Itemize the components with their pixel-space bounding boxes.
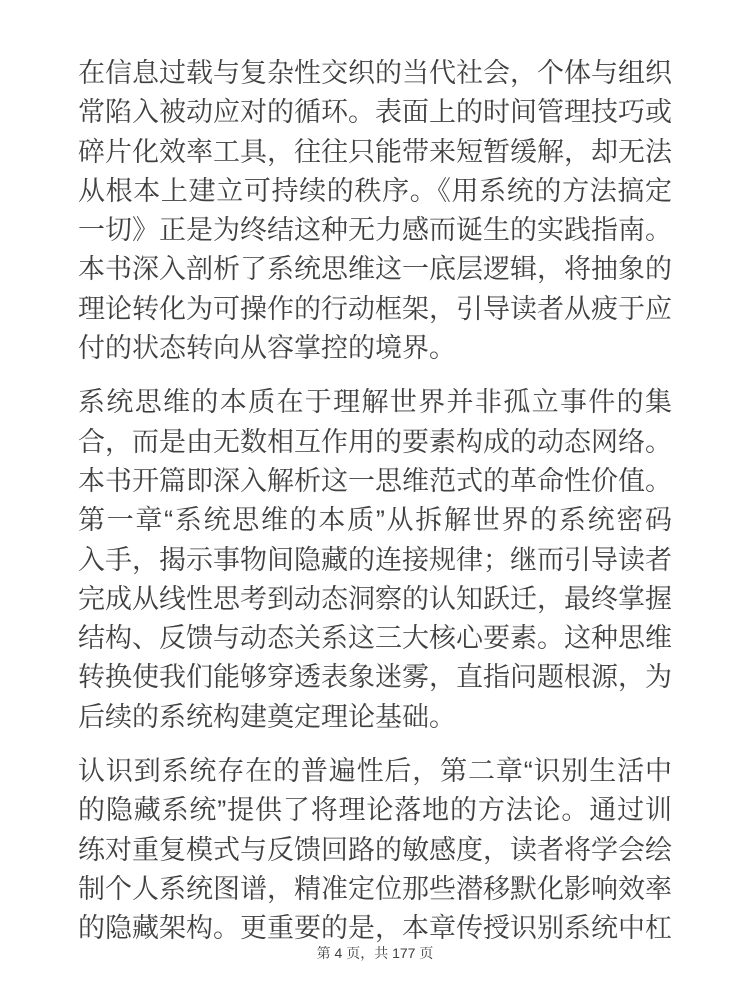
text-line: 后续的系统构建奠定理论基础。: [78, 698, 672, 737]
text-line: 转换使我们能够穿透表象迷雾，直指问题根源，为: [78, 658, 672, 697]
text-line: 的隐藏系统”提供了将理论落地的方法论。通过训: [78, 791, 672, 830]
paragraph: 在信息过载与复杂性交织的当代社会，个体与组织常陷入被动应对的循环。表面上的时间管…: [78, 54, 672, 368]
text-line: 本书开篇即深入解析这一思维范式的革命性价值。: [78, 462, 672, 501]
page-footer: 第 4 页，共 177 页: [0, 945, 750, 963]
document-page: 在信息过载与复杂性交织的当代社会，个体与组织常陷入被动应对的循环。表面上的时间管…: [0, 0, 750, 1000]
page-number-text: 第 4 页，共 177 页: [317, 945, 434, 961]
paragraph: 认识到系统存在的普遍性后，第二章“识别生活中的隐藏系统”提供了将理论落地的方法论…: [78, 752, 672, 948]
text-line: 系统思维的本质在于理解世界并非孤立事件的集: [78, 383, 672, 422]
text-line: 合，而是由无数相互作用的要素构成的动态网络。: [78, 423, 672, 462]
text-line: 入手，揭示事物间隐藏的连接规律；继而引导读者: [78, 541, 672, 580]
text-line: 碎片化效率工具，往往只能带来短暂缓解，却无法: [78, 133, 672, 172]
text-line: 一切》正是为终结这种无力感而诞生的实践指南。: [78, 211, 672, 250]
text-line: 付的状态转向从容掌控的境界。: [78, 329, 672, 368]
text-line: 完成从线性思考到动态洞察的认知跃迁，最终掌握: [78, 580, 672, 619]
text-line: 从根本上建立可持续的秩序。《用系统的方法搞定: [78, 172, 672, 211]
text-line: 制个人系统图谱，精准定位那些潜移默化影响效率: [78, 870, 672, 909]
text-line: 常陷入被动应对的循环。表面上的时间管理技巧或: [78, 93, 672, 132]
text-line: 在信息过载与复杂性交织的当代社会，个体与组织: [78, 54, 672, 93]
text-line: 第一章“系统思维的本质”从拆解世界的系统密码: [78, 501, 672, 540]
text-line: 的隐藏架构。更重要的是，本章传授识别系统中杠: [78, 909, 672, 948]
text-line: 本书深入剖析了系统思维这一底层逻辑，将抽象的: [78, 250, 672, 289]
document-text: 在信息过载与复杂性交织的当代社会，个体与组织常陷入被动应对的循环。表面上的时间管…: [78, 54, 672, 949]
text-line: 结构、反馈与动态关系这三大核心要素。这种思维: [78, 619, 672, 658]
text-line: 练对重复模式与反馈回路的敏感度，读者将学会绘: [78, 831, 672, 870]
text-line: 理论转化为可操作的行动框架，引导读者从疲于应: [78, 290, 672, 329]
text-line: 认识到系统存在的普遍性后，第二章“识别生活中: [78, 752, 672, 791]
paragraph: 系统思维的本质在于理解世界并非孤立事件的集合，而是由无数相互作用的要素构成的动态…: [78, 383, 672, 737]
